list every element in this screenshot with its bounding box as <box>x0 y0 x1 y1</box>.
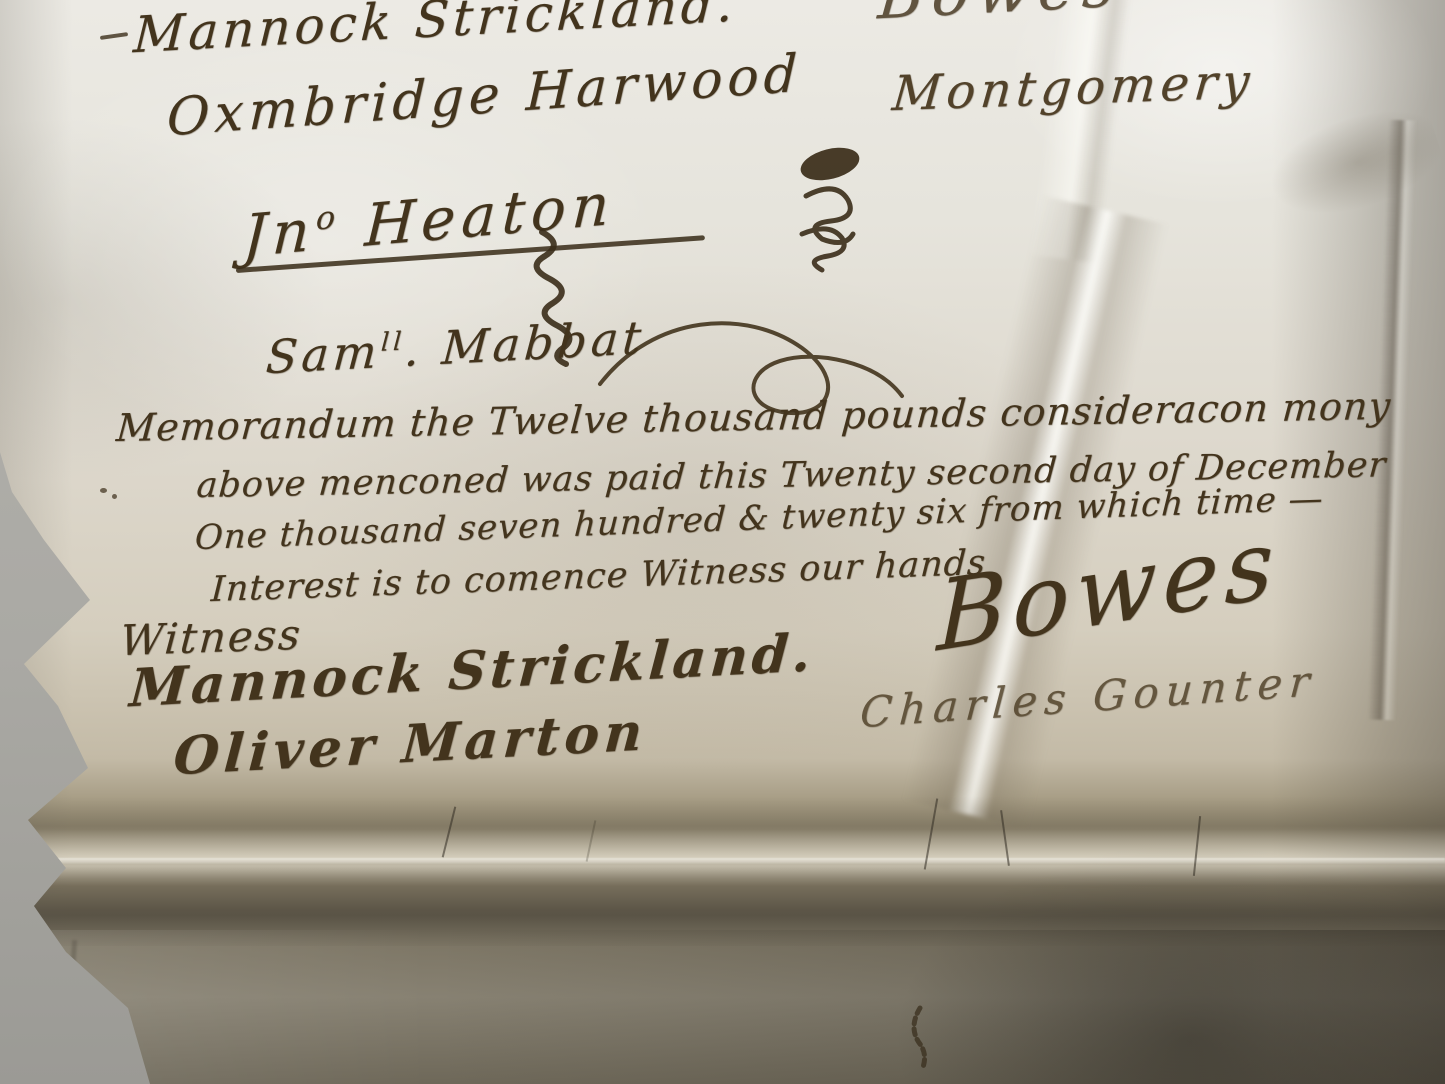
mabbat-superscript: ll <box>380 326 406 356</box>
signature-samll-mabbat: Samll. Mabbat <box>264 310 647 384</box>
heaton-prefix: Jn <box>241 196 317 271</box>
signature-montgomery: Montgomery <box>890 53 1257 122</box>
signature-oxmbridge-harwood: Oxmbridge Harwood <box>166 44 803 149</box>
ink-speck <box>112 494 117 499</box>
mabbat-prefix: Sam <box>264 324 382 384</box>
heaton-superscript: o <box>315 197 342 238</box>
parchment-sheet: Mannock Strickland. Oxmbridge Harwood Bo… <box>0 0 1445 1084</box>
pen-dash <box>100 32 128 40</box>
ink-mark-bottom <box>898 1006 938 1076</box>
horizontal-fold-band <box>0 796 1445 946</box>
ink-blot <box>778 138 888 278</box>
fold-highlight-ridge <box>0 858 1445 865</box>
lower-membrane-shading <box>0 930 1445 1084</box>
ink-speck <box>100 488 107 493</box>
signature-charles-gounter: Charles Gounter <box>859 656 1319 737</box>
manuscript-photo: Mannock Strickland. Oxmbridge Harwood Bo… <box>0 0 1445 1084</box>
signature-oliver-marton: Oliver Marton <box>172 701 649 787</box>
